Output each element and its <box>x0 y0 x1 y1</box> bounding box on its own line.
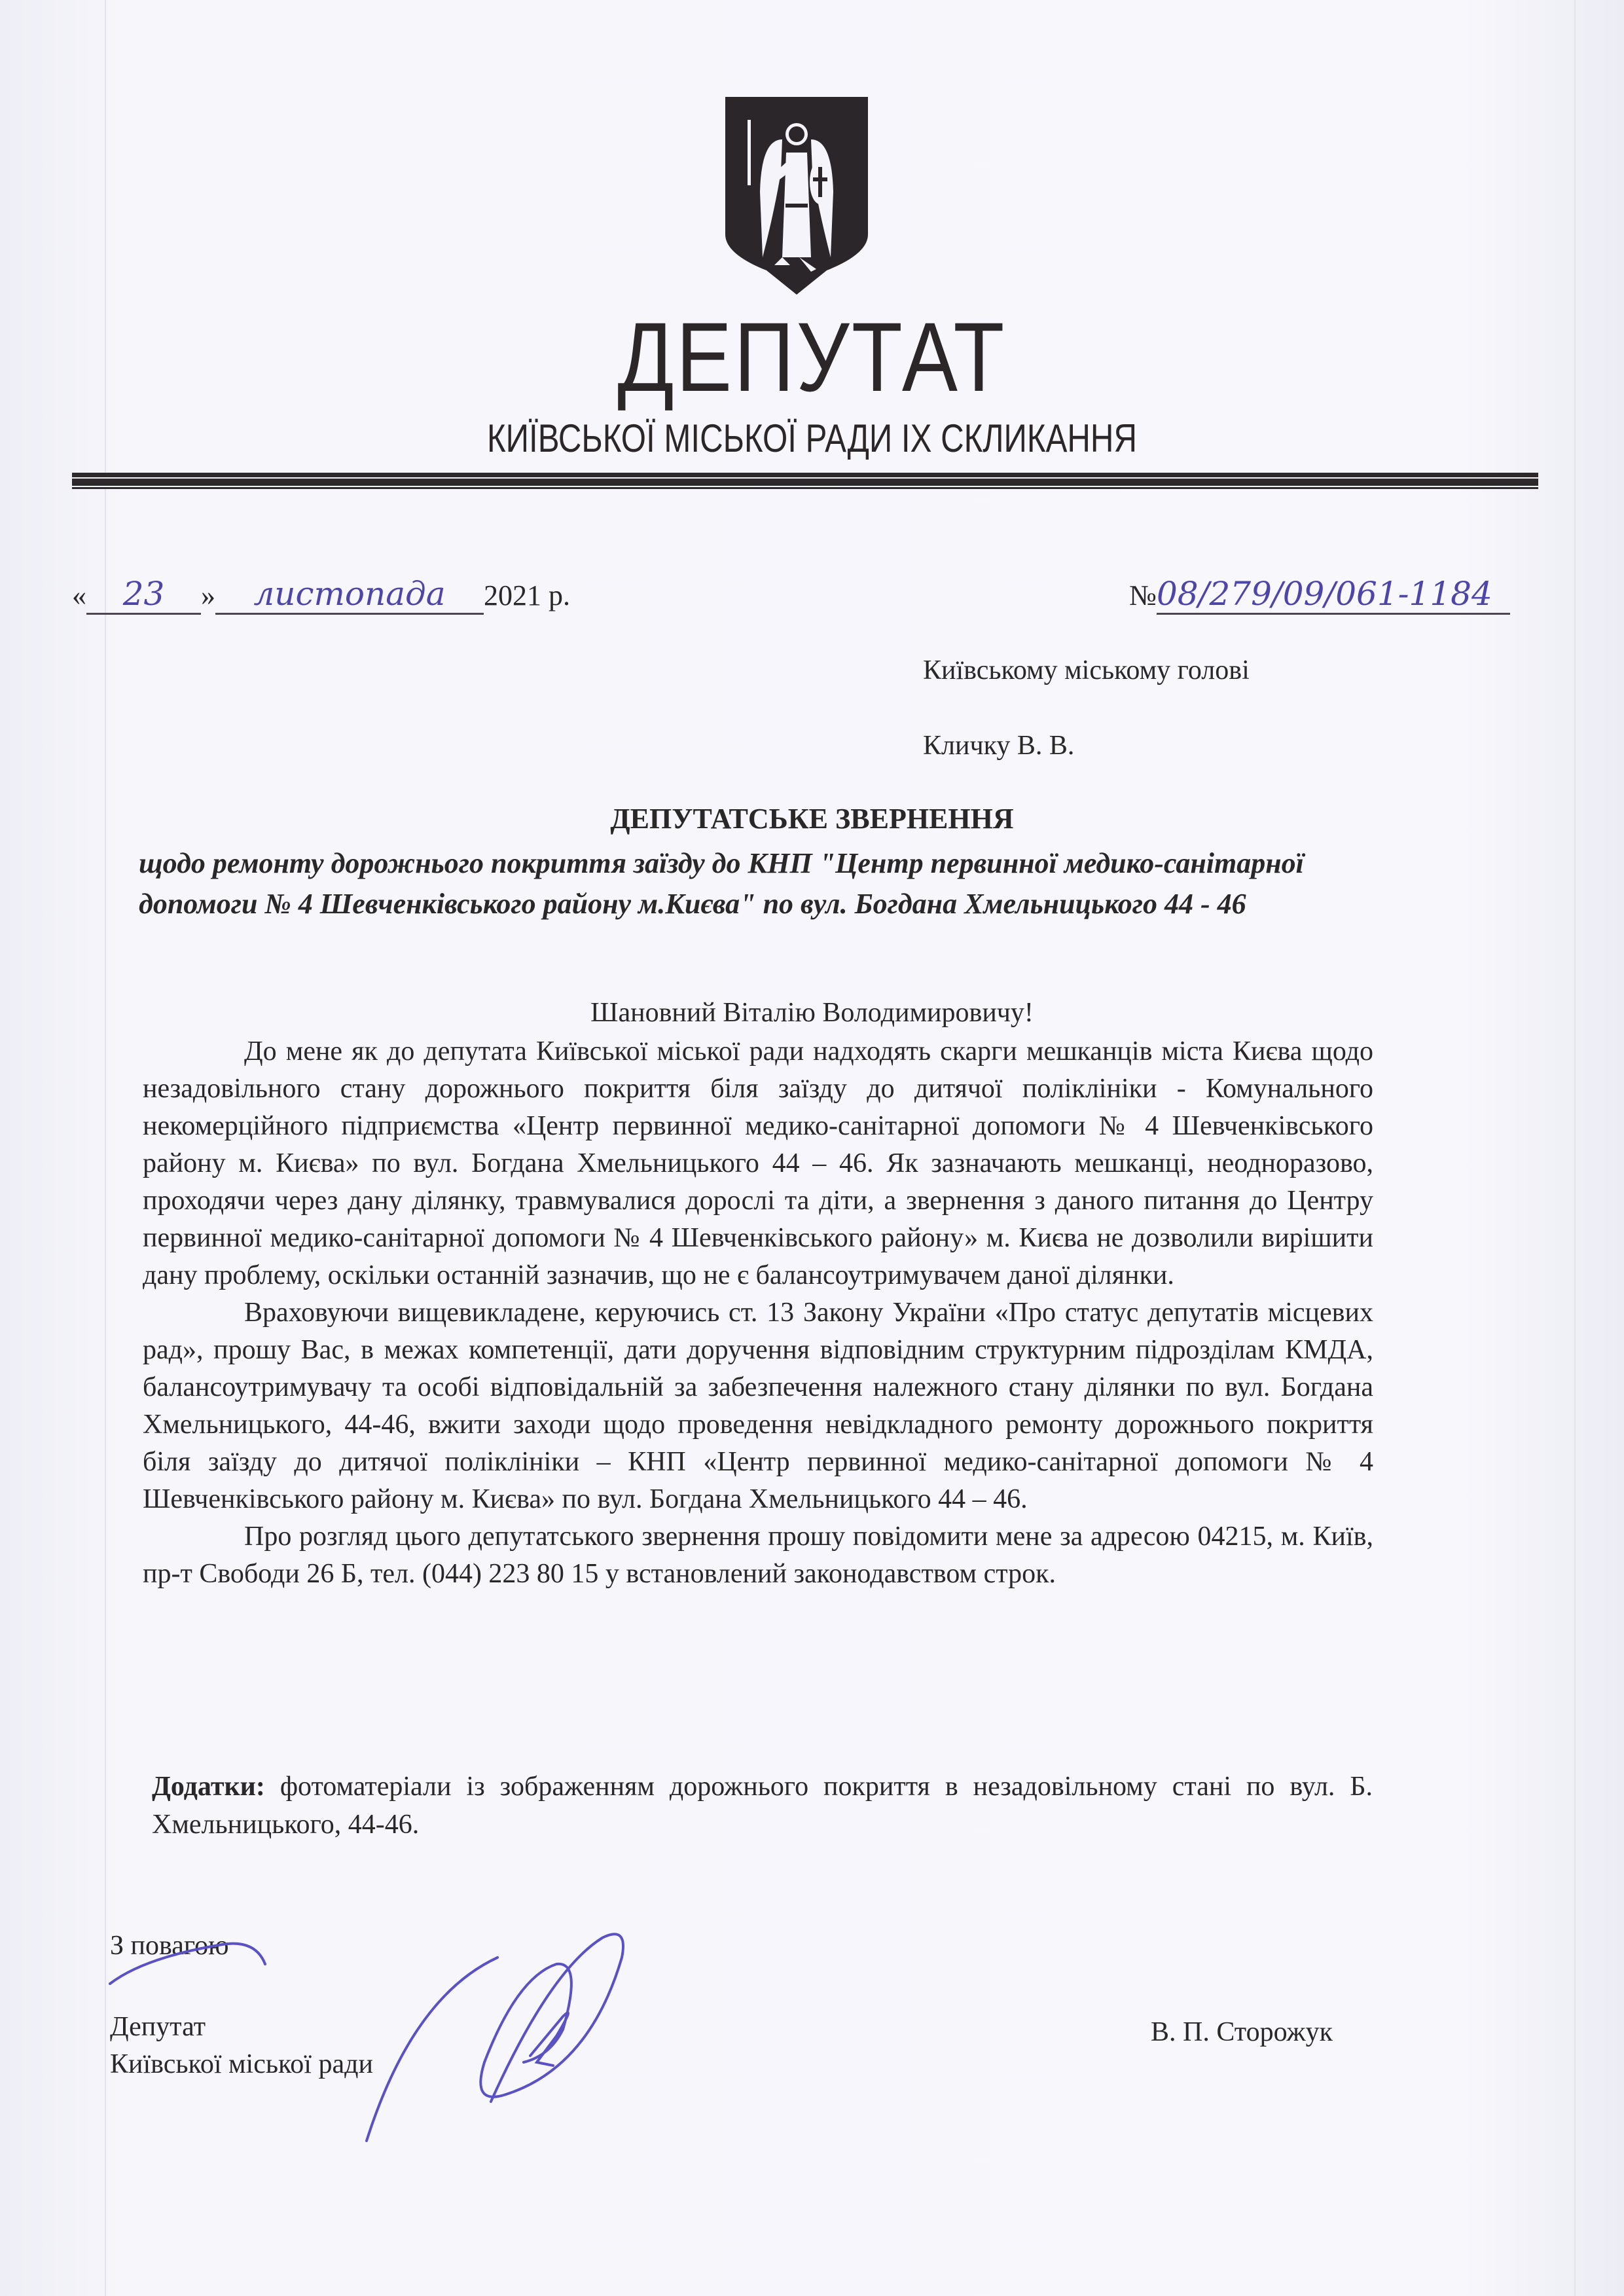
date-open-quote: « <box>72 579 86 611</box>
document-date: «23»листопада2021 р. <box>72 575 570 615</box>
attachments-label: Додатки: <box>152 1772 265 1802</box>
number-value: 08/279/09/061-1184 <box>1157 575 1510 615</box>
attachments-text: фотоматеріали із зображенням дорожнього … <box>152 1772 1373 1840</box>
handwritten-signature-icon <box>105 1918 956 2154</box>
addressee-name: Кличку В. В. <box>923 730 1074 761</box>
number-label: № <box>1129 579 1157 611</box>
date-year: 2021 р. <box>484 579 570 611</box>
document-page: ДЕПУТАТ КИЇВСЬКОЇ МІСЬКОЇ РАДИ IX СКЛИКА… <box>0 0 1624 2296</box>
letterhead-divider <box>72 473 1538 489</box>
date-close-quote: » <box>201 579 215 611</box>
date-day: 23 <box>86 575 201 615</box>
letterhead-subtitle: КИЇВСЬКОЇ МІСЬКОЇ РАДИ IX СКЛИКАННЯ <box>146 419 1477 458</box>
kyiv-coat-of-arms-icon <box>722 94 871 298</box>
letterhead-title: ДЕПУТАТ <box>122 308 1502 406</box>
letter-body: До мене як до депутата Київської міської… <box>143 1033 1373 1593</box>
body-paragraph: Про розгляд цього депутатського зверненн… <box>143 1518 1373 1593</box>
scan-edge-line <box>1574 0 1576 2296</box>
salutation: Шановний Віталію Володимировичу! <box>0 997 1624 1029</box>
addressee-title: Київському міському голові <box>923 655 1250 686</box>
document-subject: щодо ремонту дорожнього покриття заїзду … <box>139 843 1382 924</box>
date-month: листопада <box>215 575 484 615</box>
body-paragraph: До мене як до депутата Київської міської… <box>143 1033 1373 1294</box>
document-number: №08/279/09/061-1184 <box>1129 575 1510 615</box>
document-title: ДЕПУТАТСЬКЕ ЗВЕРНЕННЯ <box>0 802 1624 835</box>
attachments: Додатки: фотоматеріали із зображенням до… <box>152 1768 1373 1844</box>
signer-name: В. П. Сторожук <box>1151 2016 1333 2048</box>
body-paragraph: Враховуючи вищевикладене, керуючись ст. … <box>143 1294 1373 1518</box>
